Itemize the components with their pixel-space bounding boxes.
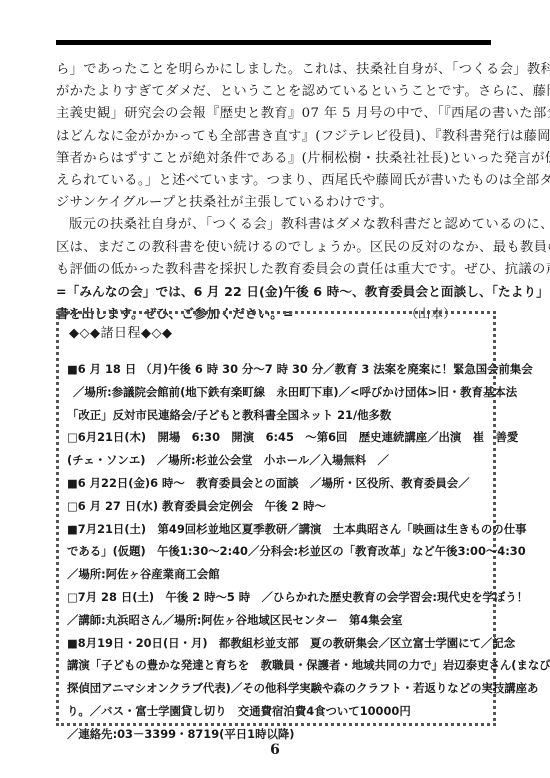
schedule-line: □7月 28 日(土) 午後 2 時～5 時 ／ひらかれた歴史教育の会学習会:現… <box>67 586 497 609</box>
schedule-line: 講演「子どもの豊かな発達と育ちを 教職員・保護者・地域共同の力で」岩辺泰吏さん(… <box>67 654 497 677</box>
schedule-line: り。／バス・富士学園貸し切り 交通費宿泊費4食ついて10000円 <box>67 700 497 723</box>
notice-line: =「みんなの会」では、6 月 22 日(金)午後 6 時～、教育委員会と面談し、… <box>56 281 496 303</box>
schedule-list: ■6 月 18 日 （月)午後 6 時 30 分～7 時 30 分／教育 3 法… <box>67 358 497 746</box>
article-line: ジサンケイグループと扶桑社が主張しているわけです。 <box>56 192 496 214</box>
schedule-line: (チェ・ソンエ) ／場所:杉並公会堂 小ホール／入場無料 ／ <box>67 449 497 472</box>
schedule-line: ■8月19日・20日(日・月) 都教組杉並支部 夏の教研集会／区立富士学園にて／… <box>67 632 497 655</box>
article-line: がかたよりすぎてダメだ、ということを認めているということです。さらに、藤岡氏は「… <box>56 81 496 103</box>
page-number: 6 <box>0 742 550 758</box>
article-line: 筆者からはずすことが絶対条件である』(片桐松樹・扶桑社社長)といった発言が伝 <box>56 148 496 170</box>
article-line: 区は、まだこの教科書を使い続けるのでしょうか。区民の反対のなか、最も教員の中で <box>56 237 496 259</box>
article-line: えられている。」と述べています。つまり、西尾氏や藤岡氏が書いたものは全部ダメだと <box>56 170 496 192</box>
schedule-line: 探偵団アニマシオンクラブ代表)／その他科学実験や森のクラフト・若返りなどの実技講… <box>67 677 497 700</box>
article-line: ら」であったことを明らかにしました。これは、扶桑社自身が、「つくる会」教科書は内… <box>56 59 496 81</box>
header-rule <box>56 40 491 45</box>
schedule-line: □6 月 27 日(水) 教育委員会定例会 午後 2 時～ <box>67 495 497 518</box>
article-line: も評価の低かった教科書を採択した教育委員会の責任は重大です。ぜひ、抗議の声を！ <box>56 259 496 281</box>
article-body: ら」であったことを明らかにしました。これは、扶桑社自身が、「つくる会」教科書は内… <box>56 59 496 325</box>
schedule-title: ◆◇◆諸日程◆◇◆ <box>69 322 173 341</box>
schedule-line: ／講師:丸浜昭さん／場所:阿佐ヶ谷地域区民センター 第4集会室 <box>67 609 497 632</box>
schedule-line: である」(仮題) 午後1:30～2:40／分科会:杉並区の「教育改革」など午後3… <box>67 540 497 563</box>
schedule-line: ／場所:阿佐ヶ谷産業商工会館 <box>67 563 497 586</box>
article-line: はどんなに金がかかっても全部書き直す』(フジテレビ役員)、『教科書発行は藤岡を執 <box>56 126 496 148</box>
schedule-line: 「改正」反対市民連絡会/子どもと教科書全国ネット 21/他多数 <box>67 404 497 427</box>
schedule-line: ■6 月 18 日 （月)午後 6 時 30 分～7 時 30 分／教育 3 法… <box>67 358 497 381</box>
article-line: 版元の扶桑社自身が、「つくる会」教科書はダメな教科書だと認めているのに、杉並 <box>56 214 496 236</box>
schedule-line: ■6 月22日(金)6 時～ 教育委員会との面談 ／場所・区役所、教育委員会／ <box>67 472 497 495</box>
article-line: 主義史観」研究会の会報『歴史と教育』07 年 5 月号の中で、「『西尾の書いた部… <box>56 103 496 125</box>
schedule-line: ／場所:参議院会館前(地下鉄有楽町線 永田町下車)／<呼びかけ団体>旧・教育基本… <box>67 381 497 404</box>
schedule-box: ◆◇◆諸日程◆◇◆ ■6 月 18 日 （月)午後 6 時 30 分～7 時 3… <box>56 311 496 726</box>
schedule-line: ■7月21日(土) 第49回杉並地区夏季教研／講演 土本典昭さん「映画は生きもの… <box>67 518 497 541</box>
schedule-line: □6月21日(木) 開場 6:30 開演 6:45 ～第6回 歴史連続講座／出演… <box>67 426 497 449</box>
